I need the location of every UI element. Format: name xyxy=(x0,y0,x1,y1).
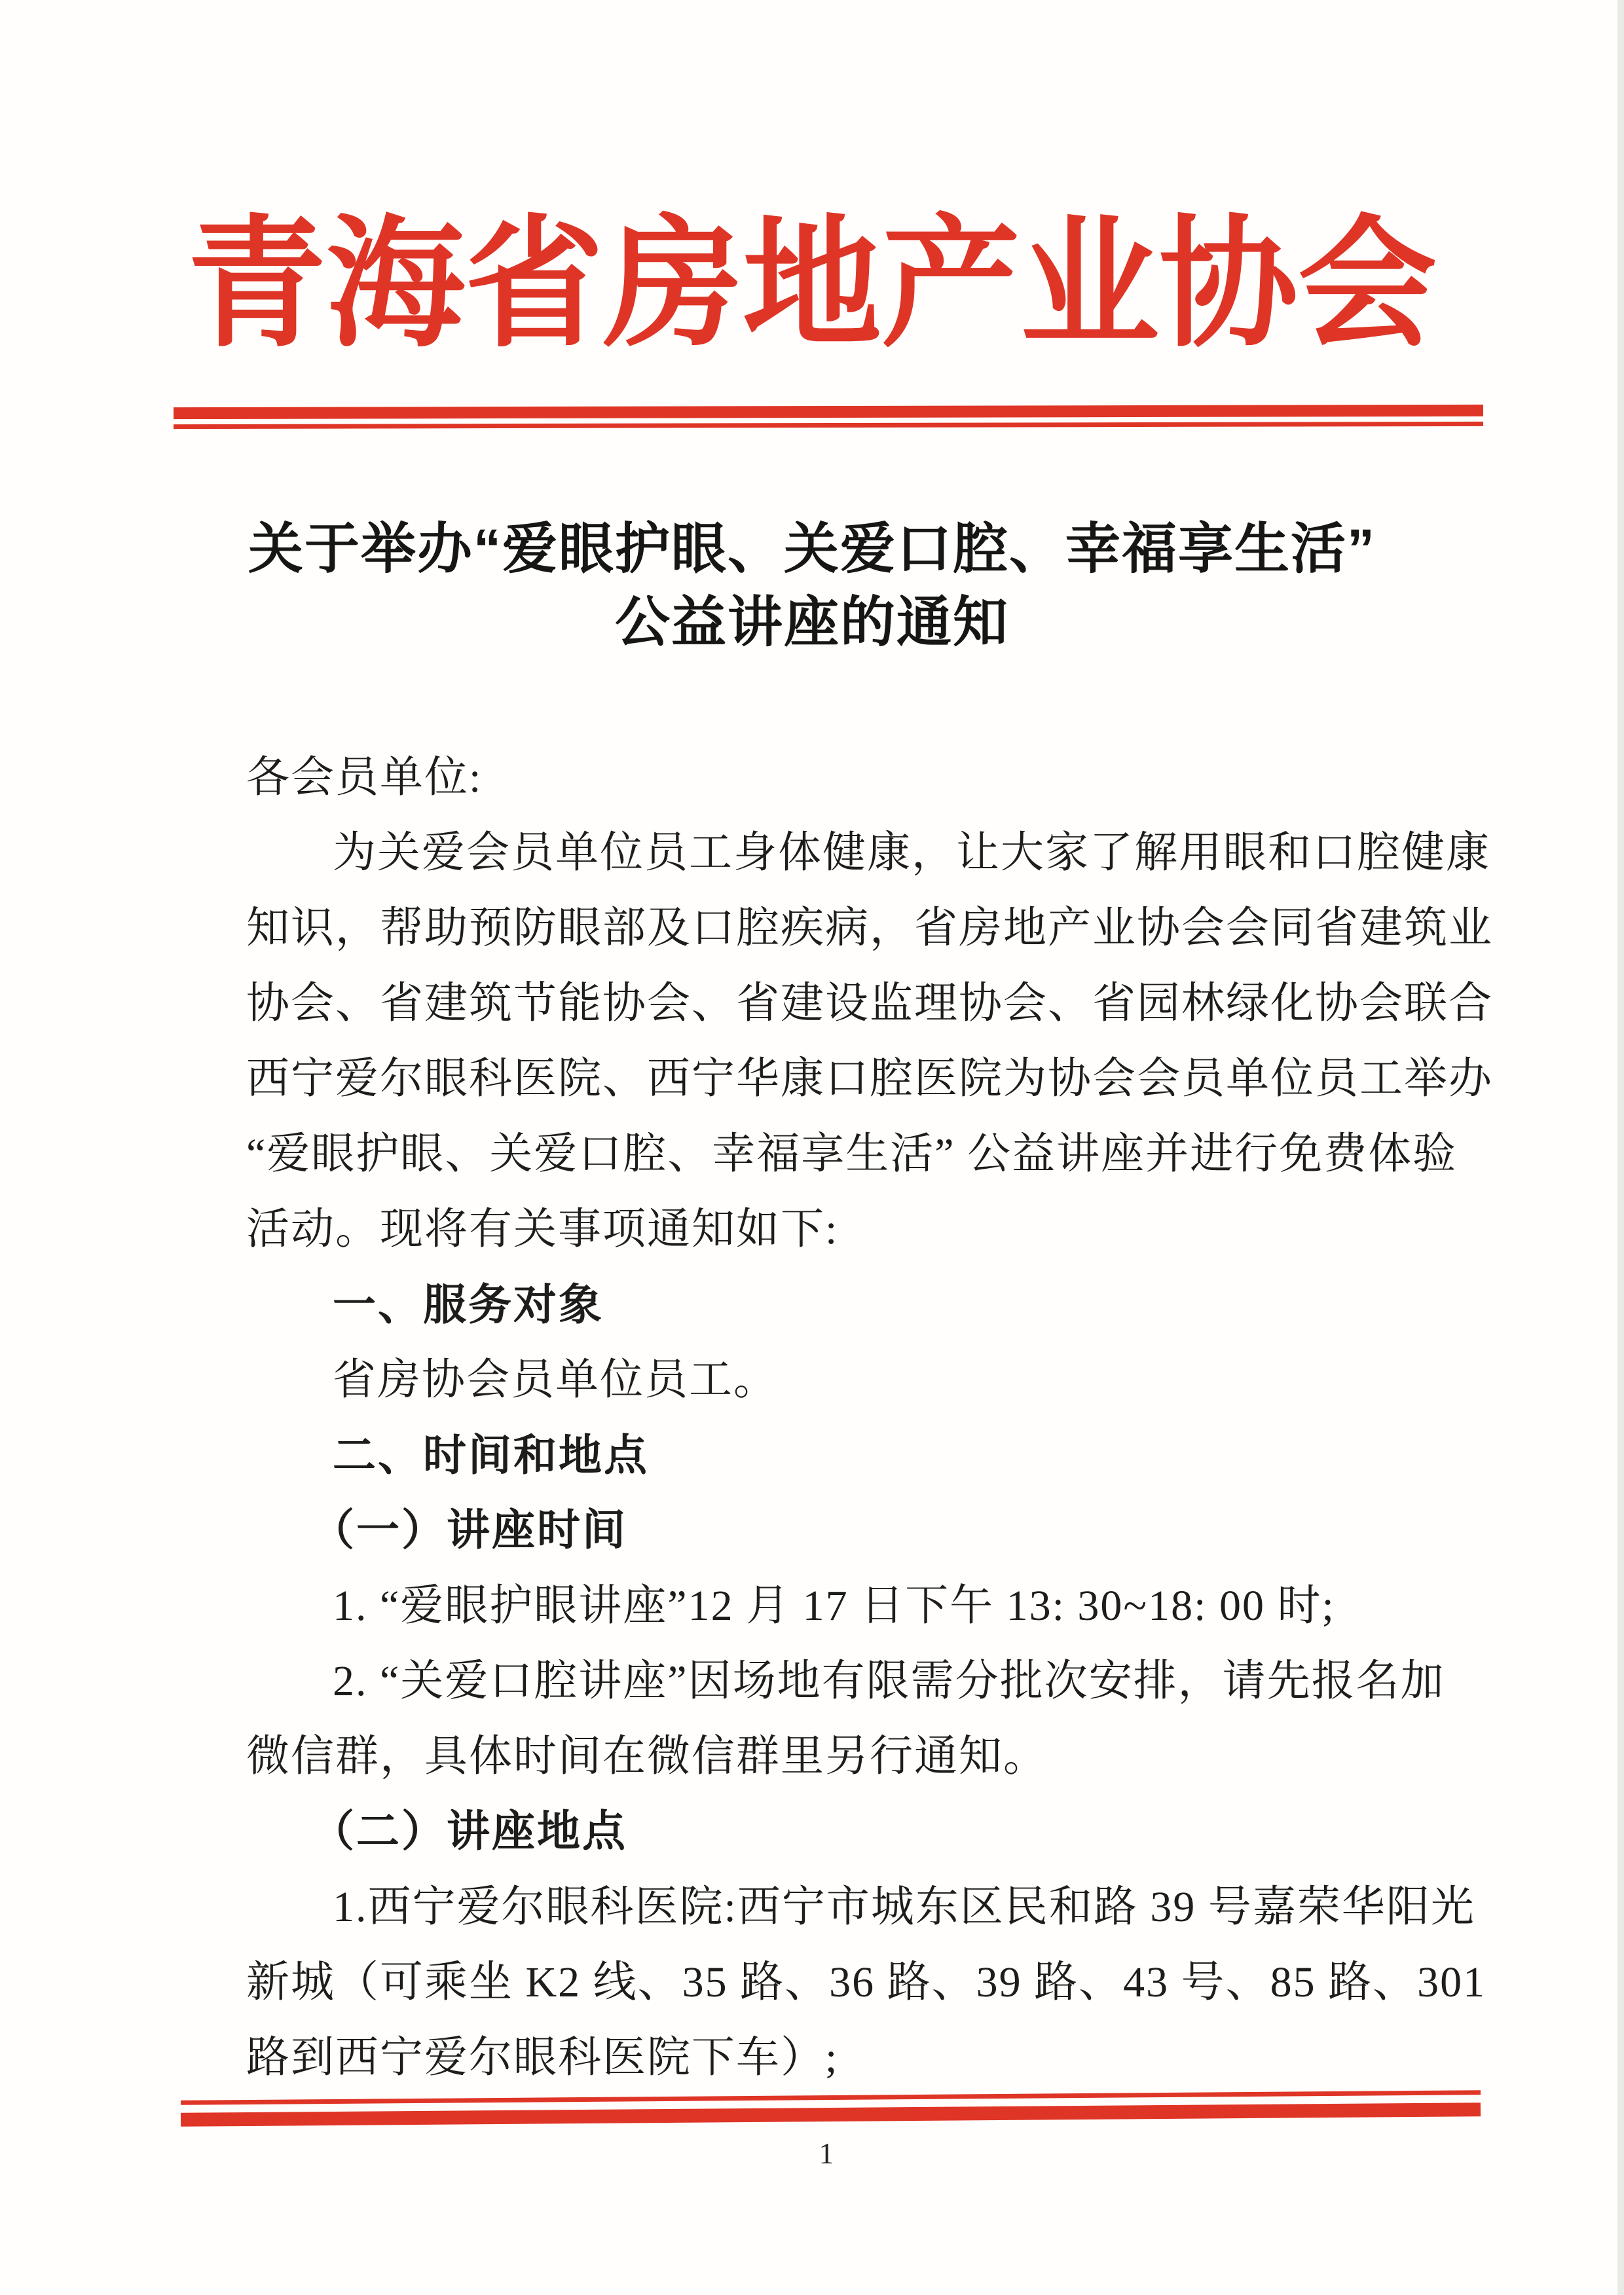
document-body: 各会员单位: 为关爱会员单位员工身体健康，让大家了解用眼和口腔健康 知识，帮助预… xyxy=(246,740,1464,2095)
body-line: 新城（可乘坐 K2 线、35 路、36 路、39 路、43 号、85 路、301 xyxy=(246,1945,1464,2020)
body-line: 为关爱会员单位员工身体健康，让大家了解用眼和口腔健康 xyxy=(246,815,1464,890)
letterhead-org-name: 青海省房地产业协会 xyxy=(0,215,1624,356)
document-page: 青海省房地产业协会 关于举办“爱眼护眼、关爱口腔、幸福享生活” 公益讲座的通知 … xyxy=(0,0,1624,2295)
body-line: 微信群，具体时间在微信群里另行通知。 xyxy=(246,1719,1464,1794)
salutation-line: 各会员单位: xyxy=(246,740,1464,815)
document-title-line-2: 公益讲座的通知 xyxy=(0,585,1624,659)
body-line: 省房协会员单位员工。 xyxy=(246,1342,1464,1418)
footer-rule-thick xyxy=(181,2102,1481,2127)
subsection-heading-lecture-time: （一）讲座时间 xyxy=(246,1493,1464,1568)
body-line: 知识，帮助预防眼部及口腔疾病，省房地产业协会会同省建筑业 xyxy=(246,890,1464,966)
body-line: 协会、省建筑节能协会、省建设监理协会、省园林绿化协会联合 xyxy=(246,966,1464,1041)
page-number: 1 xyxy=(0,2139,1624,2169)
subsection-heading-lecture-place: （二）讲座地点 xyxy=(246,1794,1464,1869)
scan-edge-artifact xyxy=(1617,0,1624,2295)
letterhead-rule-thin xyxy=(174,422,1483,429)
body-line: 西宁爱尔眼科医院、西宁华康口腔医院为协会会员单位员工举办 xyxy=(246,1041,1464,1116)
section-heading-service-target: 一、服务对象 xyxy=(246,1267,1464,1342)
body-line: 路到西宁爱尔眼科医院下车）; xyxy=(246,2020,1464,2095)
section-heading-time-place: 二、时间和地点 xyxy=(246,1418,1464,1493)
document-title-line-1: 关于举办“爱眼护眼、关爱口腔、幸福享生活” xyxy=(0,512,1624,585)
body-line: 1. “爱眼护眼讲座”12 月 17 日下午 13: 30~18: 00 时; xyxy=(246,1568,1464,1643)
body-line: 活动。现将有关事项通知如下: xyxy=(246,1192,1464,1267)
body-line: 2. “关爱口腔讲座”因场地有限需分批次安排，请先报名加 xyxy=(246,1643,1464,1719)
document-title: 关于举办“爱眼护眼、关爱口腔、幸福享生活” 公益讲座的通知 xyxy=(0,512,1624,659)
body-line: 1.西宁爱尔眼科医院:西宁市城东区民和路 39 号嘉荣华阳光 xyxy=(246,1869,1464,1945)
letterhead-rule-thick xyxy=(174,405,1483,419)
body-line: “爱眼护眼、关爱口腔、幸福享生活” 公益讲座并进行免费体验 xyxy=(246,1116,1464,1192)
